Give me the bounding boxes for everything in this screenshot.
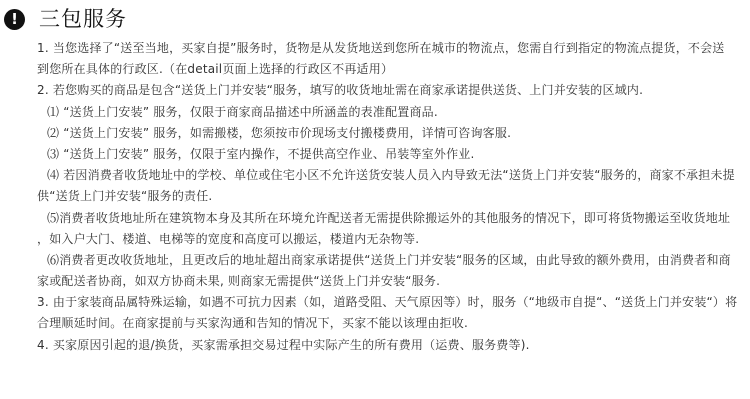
term-subline-3: ⑶ “送货上门安装” 服务，仅限于室内操作，不提供高空作业、吊装等室外作业.: [37, 144, 737, 165]
term-line-4-cont: 合理顺延时间。在商家提前与买家沟通和告知的情况下，买家不能以该理由拒收.: [37, 313, 737, 334]
term-subline-6-cont: 家或配送者协商，如双方协商未果, 则商家无需提供“送货上门并安装“服务.: [37, 271, 737, 292]
exclamation-circle-icon: !: [4, 9, 25, 30]
term-line-4: 3. 由于家装商品属特殊运输，如遇不可抗力因素（如，道路受阻、天气原因等）时，服…: [37, 292, 737, 313]
term-subline-2: ⑵ “送货上门安装” 服务，如需搬楼，您须按市价现场支付搬楼费用，详情可咨询客服…: [37, 123, 737, 144]
term-subline-4: ⑷ 若因消费者收货地址中的学校、单位或住宅小区不允许送货安装人员入内导致无法“送…: [37, 165, 737, 186]
term-line-2: 到您所在具体的行政区.（在detail页面上选择的行政区不再适用）: [37, 59, 737, 80]
service-terms: 1. 当您选择了“送至当地，买家自提”服务时，货物是从发货地送到您所在城市的物流…: [37, 38, 737, 356]
term-subline-5: ⑸消费者收货地址所在建筑物本身及其所在环境允许配送者无需提供除搬运外的其他服务的…: [37, 208, 737, 229]
page-title: 三包服务: [39, 4, 127, 34]
term-subline-5-cont: ，如入户大门、楼道、电梯等的宽度和高度可以搬运，楼道内无杂物等.: [37, 229, 737, 250]
term-line-1: 1. 当您选择了“送至当地，买家自提”服务时，货物是从发货地送到您所在城市的物流…: [37, 38, 737, 59]
term-line-5: 4. 买家原因引起的退/换货，买家需承担交易过程中实际产生的所有费用（运费、服务…: [37, 335, 737, 356]
term-subline-1: ⑴ “送货上门安装” 服务，仅限于商家商品描述中所涵盖的表准配置商品.: [37, 102, 737, 123]
section-header: ! 三包服务: [4, 4, 127, 34]
term-line-3: 2. 若您购买的商品是包含“送货上门并安装“服务，填写的收货地址需在商家承诺提供…: [37, 80, 737, 101]
term-subline-4-cont: 供“送货上门并安装“服务的责任.: [37, 186, 737, 207]
term-subline-6: ⑹消费者更改收货地址，且更改后的地址超出商家承诺提供“送货上门并安装“服务的区域…: [37, 250, 737, 271]
